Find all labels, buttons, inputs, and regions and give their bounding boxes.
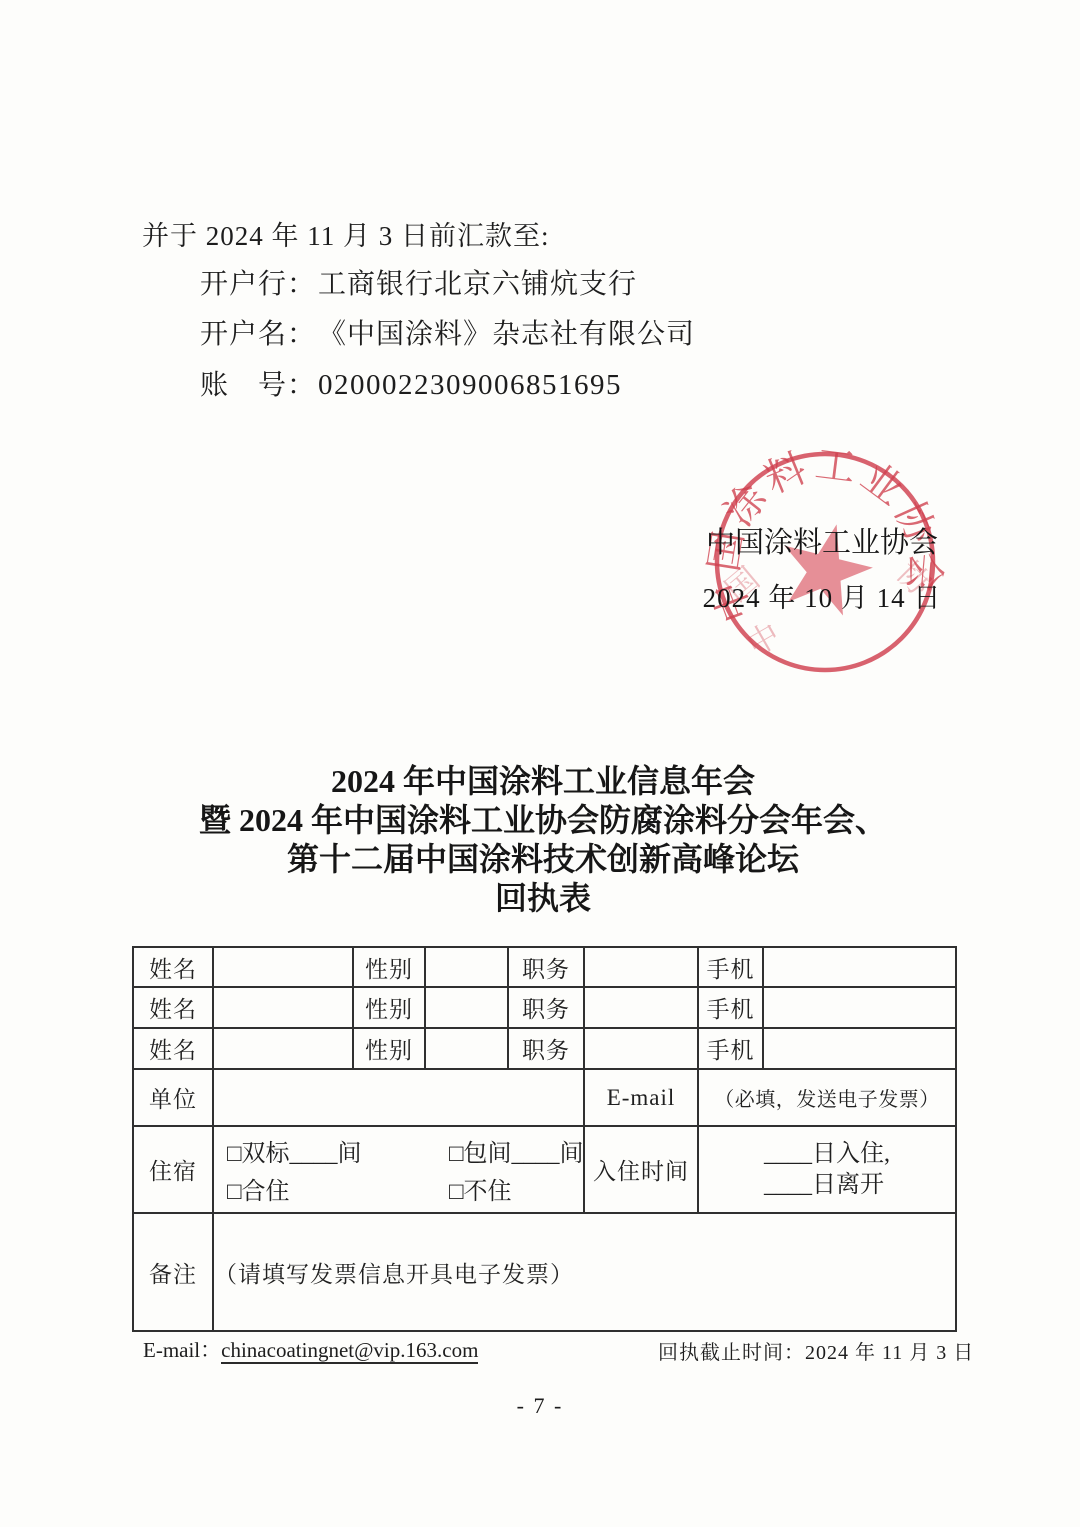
page-number: - 7 -	[0, 1393, 1080, 1419]
remark-label: 备注	[133, 1213, 213, 1331]
title-line-3: 第十二届中国涂料技术创新高峰论坛	[127, 840, 959, 879]
name-fill-cell	[213, 1028, 353, 1069]
bank-branch-value: 工商银行北京六铺炕支行	[318, 269, 637, 300]
account-name-line: 开户名：《中国涂料》杂志社有限公司	[200, 310, 695, 360]
name-label: 姓名	[133, 1028, 213, 1069]
title-line-1: 2024 年中国涂料工业信息年会	[127, 762, 959, 801]
unit-fill-cell	[213, 1069, 584, 1126]
contact-email-label: E-mail：	[143, 1338, 221, 1362]
option-no-room-checkbox: □不住	[449, 1171, 584, 1206]
email-label: E-mail	[584, 1069, 698, 1126]
contact-row-1: 姓名 性别 职务 手机	[133, 947, 956, 987]
seal-faded-glyph: 中	[741, 616, 787, 663]
position-label: 职务	[508, 947, 584, 987]
lodging-row: 住宿 □双标____间 □包间____间 □合住 □不住 入住时间 ____日入…	[133, 1126, 956, 1213]
gender-label: 性别	[353, 947, 425, 987]
unit-row: 单位 E-mail （必填，发送电子发票）	[133, 1069, 956, 1126]
title-line-4: 回执表	[127, 879, 959, 918]
remark-row: 备注 （请填写发票信息开具电子发票）	[133, 1213, 956, 1331]
document-title: 2024 年中国涂料工业信息年会 暨 2024 年中国涂料工业协会防腐涂料分会年…	[127, 762, 959, 918]
name-label: 姓名	[133, 947, 213, 987]
name-fill-cell	[213, 947, 353, 987]
bank-details: 开户行：工商银行北京六铺炕支行 开户名：《中国涂料》杂志社有限公司 账 号：02…	[200, 260, 695, 410]
seal-organization-text: 中国涂料工业协会	[696, 520, 948, 561]
remittance-intro: 并于 2024 年 11 月 3 日前汇款至:	[142, 214, 550, 253]
gender-fill-cell	[425, 1028, 508, 1069]
reply-deadline: 回执截止时间：2024 年 11 月 3 日	[658, 1336, 974, 1365]
option-twin-room-checkbox: □双标____间	[227, 1133, 449, 1168]
account-number-value: 0200022309006851695	[318, 369, 622, 401]
position-label: 职务	[508, 1028, 584, 1069]
mobile-label: 手机	[698, 947, 763, 987]
remark-note-cell: （请填写发票信息开具电子发票）	[213, 1213, 956, 1331]
checkin-time-label: 入住时间	[584, 1126, 698, 1213]
gender-fill-cell	[425, 947, 508, 987]
position-fill-cell	[584, 987, 698, 1028]
mobile-fill-cell	[763, 1028, 956, 1069]
account-name-value: 《中国涂料》杂志社有限公司	[318, 319, 695, 350]
bank-branch-label: 开户行：	[200, 260, 318, 310]
account-number-line: 账 号：0200022309006851695	[200, 360, 695, 410]
checkin-date-line: ____日入住,	[764, 1139, 890, 1170]
contact-row-3: 姓名 性别 职务 手机	[133, 1028, 956, 1069]
mobile-fill-cell	[763, 987, 956, 1028]
mobile-label: 手机	[698, 987, 763, 1028]
contact-row-2: 姓名 性别 职务 手机	[133, 987, 956, 1028]
option-share-room-checkbox: □合住	[227, 1171, 449, 1206]
association-seal: 中国涂料工业协会 国 协 中	[703, 443, 947, 687]
position-fill-cell	[584, 947, 698, 987]
gender-label: 性别	[353, 987, 425, 1028]
contact-email-line: E-mail：chinacoatingnet@vip.163.com	[143, 1334, 478, 1364]
lodging-label: 住宿	[133, 1126, 213, 1213]
position-label: 职务	[508, 987, 584, 1028]
gender-fill-cell	[425, 987, 508, 1028]
name-label: 姓名	[133, 987, 213, 1028]
account-number-label: 账 号：	[200, 361, 318, 411]
reply-form-table: 姓名 性别 职务 手机 姓名 性别 职务 手机 姓名	[132, 946, 957, 1332]
lodging-options-cell: □双标____间 □包间____间 □合住 □不住	[213, 1126, 584, 1213]
gender-label: 性别	[353, 1028, 425, 1069]
mobile-fill-cell	[763, 947, 956, 987]
contact-email-link[interactable]: chinacoatingnet@vip.163.com	[221, 1338, 478, 1364]
bank-branch-line: 开户行：工商银行北京六铺炕支行	[200, 260, 695, 310]
mobile-label: 手机	[698, 1028, 763, 1069]
name-fill-cell	[213, 987, 353, 1028]
seal-date-text: 2024 年 10 月 14 日	[688, 576, 956, 615]
position-fill-cell	[584, 1028, 698, 1069]
document-page: 并于 2024 年 11 月 3 日前汇款至: 开户行：工商银行北京六铺炕支行 …	[0, 0, 1080, 1527]
unit-label: 单位	[133, 1069, 213, 1126]
email-required-note: （必填，发送电子发票）	[698, 1069, 956, 1126]
option-single-room-checkbox: □包间____间	[449, 1133, 584, 1168]
checkout-date-line: ____日离开	[764, 1170, 890, 1201]
checkin-time-cell: ____日入住, ____日离开	[698, 1126, 956, 1213]
title-line-2: 暨 2024 年中国涂料工业协会防腐涂料分会年会、	[127, 801, 959, 840]
account-name-label: 开户名：	[200, 310, 318, 360]
